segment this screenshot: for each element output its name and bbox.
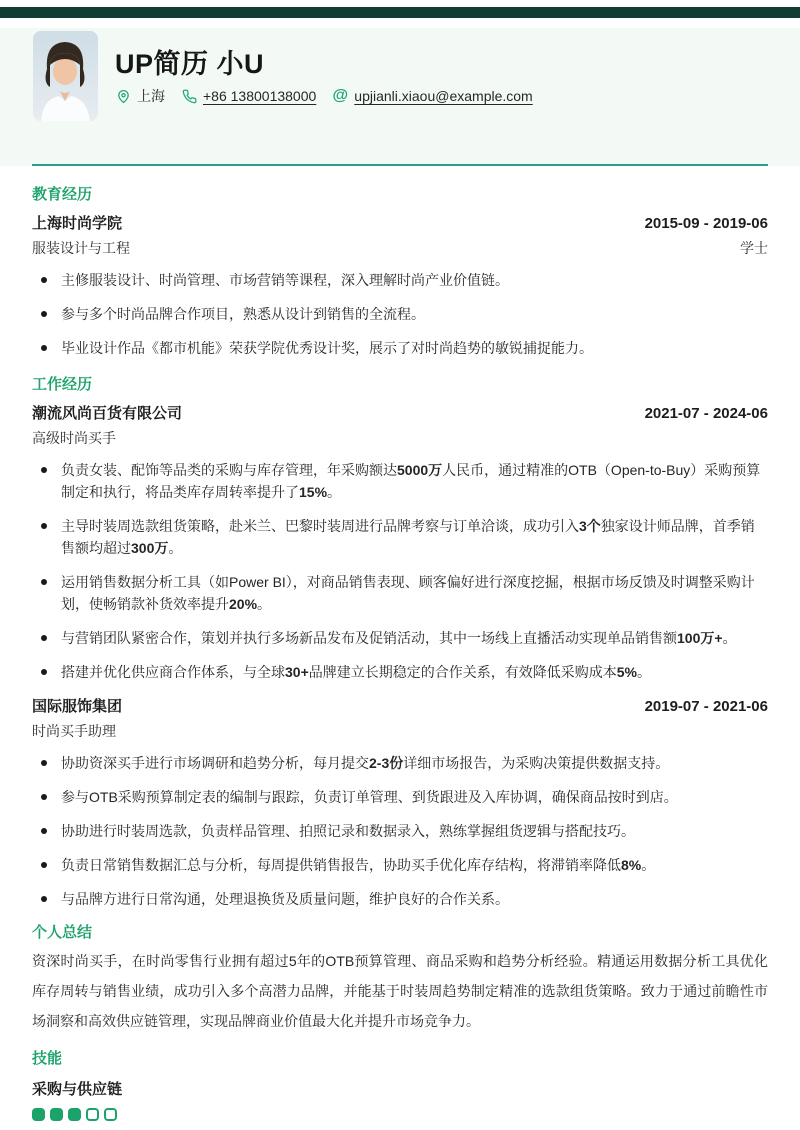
skill-dot-filled	[68, 1108, 81, 1121]
profile-photo	[33, 31, 98, 121]
school-name: 上海时尚学院	[32, 212, 122, 233]
job-entry: 潮流风尚百货有限公司 2021-07 - 2024-06 高级时尚买手 负责女装…	[32, 402, 768, 683]
bullet-item: 协助资深买手进行市场调研和趋势分析，每月提交2-3份详细市场报告，为采购决策提供…	[32, 752, 768, 774]
location-text: 上海	[137, 86, 165, 106]
bullet-text: 协助进行时装周选款，负责样品管理、拍照记录和数据录入，熟练掌握组货逻辑与搭配技巧…	[61, 823, 635, 839]
profile-photo-image	[33, 31, 98, 121]
bullet-item: 负责日常销售数据汇总与分析，每周提供销售报告，协助买手优化库存结构，将滞销率降低…	[32, 854, 768, 876]
summary-text: 资深时尚买手，在时尚零售行业拥有超过5年的OTB预算管理、商品采购和趋势分析经验…	[32, 946, 768, 1036]
bullet-text: 负责女装、配饰等品类的采购与库存管理，年采购额达	[61, 462, 397, 478]
bullet-text-bold: 100万+	[677, 630, 723, 646]
bullet-item: 主修服装设计、时尚管理、市场营销等课程，深入理解时尚产业价值链。	[32, 269, 768, 291]
candidate-name: UP简历 小U	[115, 42, 264, 81]
section-work: 工作经历 潮流风尚百货有限公司 2021-07 - 2024-06 高级时尚买手…	[32, 375, 768, 910]
education-dates: 2015-09 - 2019-06	[645, 215, 768, 232]
section-title-summary: 个人总结	[32, 923, 768, 943]
contact-row: 上海 +86 13800138000 @ upjianli.xiaou@exam…	[115, 86, 533, 106]
section-title-education: 教育经历	[32, 185, 768, 205]
job-role: 时尚买手助理	[32, 721, 116, 741]
resume-body: 教育经历 上海时尚学院 2015-09 - 2019-06 服装设计与工程 学士…	[0, 166, 800, 1121]
at-icon: @	[332, 88, 348, 104]
phone-link[interactable]: +86 13800138000	[203, 88, 316, 104]
bullet-text: 。	[327, 484, 341, 500]
bullet-text: 主修服装设计、时尚管理、市场营销等课程，深入理解时尚产业价值链。	[61, 272, 509, 288]
phone-icon	[181, 88, 197, 104]
skill-dot-empty	[104, 1108, 117, 1121]
bullet-text: 与营销团队紧密合作，策划并执行多场新品发布及促销活动，其中一场线上直播活动实现单…	[61, 630, 677, 646]
bullet-item: 参与多个时尚品牌合作项目，熟悉从设计到销售的全流程。	[32, 303, 768, 325]
bullet-text-bold: 15%	[299, 484, 327, 500]
bullet-item: 主导时装周选款组货策略，赴米兰、巴黎时装周进行品牌考察与订单洽谈，成功引入3个独…	[32, 515, 768, 559]
education-major: 服装设计与工程	[32, 238, 130, 258]
bullet-text: 搭建并优化供应商合作体系，与全球	[61, 664, 285, 680]
bullet-text-bold: 30+	[285, 664, 309, 680]
job-bullets: 负责女装、配饰等品类的采购与库存管理，年采购额达5000万人民币，通过精准的OT…	[32, 459, 768, 683]
job-entry: 国际服饰集团 2019-07 - 2021-06 时尚买手助理 协助资深买手进行…	[32, 695, 768, 910]
bullet-text: 协助资深买手进行市场调研和趋势分析，每月提交	[61, 755, 369, 771]
bullet-item: 与品牌方进行日常沟通，处理退换货及质量问题，维护良好的合作关系。	[32, 888, 768, 910]
location-pin-icon	[115, 88, 131, 104]
bullet-text: 毕业设计作品《都市机能》荣获学院优秀设计奖，展示了对时尚趋势的敏锐捕捉能力。	[61, 340, 593, 356]
job-role: 高级时尚买手	[32, 428, 116, 448]
bullet-text: 详细市场报告，为采购决策提供数据支持。	[403, 755, 669, 771]
job-dates: 2021-07 - 2024-06	[645, 405, 768, 422]
education-sub-row: 服装设计与工程 学士	[32, 238, 768, 258]
bullet-text: 参与多个时尚品牌合作项目，熟悉从设计到销售的全流程。	[61, 306, 425, 322]
location-item: 上海	[115, 86, 165, 106]
email-item: @ upjianli.xiaou@example.com	[332, 88, 532, 104]
bullet-text-bold: 2-3份	[369, 755, 403, 771]
skill-dot-filled	[50, 1108, 63, 1121]
bullet-text: 参与OTB采购预算制定表的编制与跟踪，负责订单管理、到货跟进及入库协调，确保商品…	[61, 789, 678, 805]
job-dates: 2019-07 - 2021-06	[645, 698, 768, 715]
bullet-text: 。	[168, 540, 182, 556]
bullet-text-bold: 3个	[579, 518, 601, 534]
section-skills: 技能 采购与供应链	[32, 1049, 768, 1121]
skill-dot-filled	[32, 1108, 45, 1121]
bullet-text-bold: 5%	[617, 664, 637, 680]
job-header-row: 国际服饰集团 2019-07 - 2021-06	[32, 695, 768, 716]
bullet-item: 负责女装、配饰等品类的采购与库存管理，年采购额达5000万人民币，通过精准的OT…	[32, 459, 768, 503]
bullet-text: 。	[641, 857, 655, 873]
bullet-text: 。	[257, 596, 271, 612]
bullet-text-bold: 300万	[131, 540, 168, 556]
skill-rating	[32, 1108, 768, 1121]
bullet-text: 运用销售数据分析工具（如Power BI），对商品销售表现、顾客偏好进行深度挖掘…	[61, 574, 755, 612]
education-header-row: 上海时尚学院 2015-09 - 2019-06	[32, 212, 768, 233]
bullet-item: 与营销团队紧密合作，策划并执行多场新品发布及促销活动，其中一场线上直播活动实现单…	[32, 627, 768, 649]
phone-item: +86 13800138000	[181, 88, 316, 104]
bullet-item: 搭建并优化供应商合作体系，与全球30+品牌建立长期稳定的合作关系，有效降低采购成…	[32, 661, 768, 683]
section-title-work: 工作经历	[32, 375, 768, 395]
skill-dot-empty	[86, 1108, 99, 1121]
job-header-row: 潮流风尚百货有限公司 2021-07 - 2024-06	[32, 402, 768, 423]
job-role-row: 高级时尚买手	[32, 428, 768, 448]
bullet-text: 主导时装周选款组货策略，赴米兰、巴黎时装周进行品牌考察与订单洽谈，成功引入	[61, 518, 579, 534]
bullet-item: 运用销售数据分析工具（如Power BI），对商品销售表现、顾客偏好进行深度挖掘…	[32, 571, 768, 615]
bullet-text-bold: 5000万	[397, 462, 442, 478]
company-name: 潮流风尚百货有限公司	[32, 402, 182, 423]
resume-page: { "theme": { "accent_green": "#1ca26b", …	[0, 0, 800, 1130]
section-summary: 个人总结 资深时尚买手，在时尚零售行业拥有超过5年的OTB预算管理、商品采购和趋…	[32, 923, 768, 1036]
job-role-row: 时尚买手助理	[32, 721, 768, 741]
skill-name: 采购与供应链	[32, 1078, 768, 1099]
education-degree: 学士	[740, 238, 768, 258]
bullet-text: 与品牌方进行日常沟通，处理退换货及质量问题，维护良好的合作关系。	[61, 891, 509, 907]
bullet-item: 毕业设计作品《都市机能》荣获学院优秀设计奖，展示了对时尚趋势的敏锐捕捉能力。	[32, 337, 768, 359]
email-link[interactable]: upjianli.xiaou@example.com	[354, 88, 532, 104]
bullet-text: 。	[637, 664, 651, 680]
bullet-item: 参与OTB采购预算制定表的编制与跟踪，负责订单管理、到货跟进及入库协调，确保商品…	[32, 786, 768, 808]
education-bullets: 主修服装设计、时尚管理、市场营销等课程，深入理解时尚产业价值链。 参与多个时尚品…	[32, 269, 768, 359]
job-bullets: 协助资深买手进行市场调研和趋势分析，每月提交2-3份详细市场报告，为采购决策提供…	[32, 752, 768, 910]
company-name: 国际服饰集团	[32, 695, 122, 716]
bullet-text-bold: 8%	[621, 857, 641, 873]
top-accent-bar	[0, 7, 800, 18]
bullet-text: 。	[723, 630, 737, 646]
bullet-item: 协助进行时装周选款，负责样品管理、拍照记录和数据录入，熟练掌握组货逻辑与搭配技巧…	[32, 820, 768, 842]
section-title-skills: 技能	[32, 1049, 768, 1069]
section-education: 教育经历 上海时尚学院 2015-09 - 2019-06 服装设计与工程 学士…	[32, 185, 768, 359]
bullet-text-bold: 20%	[229, 596, 257, 612]
bullet-text: 负责日常销售数据汇总与分析，每周提供销售报告，协助买手优化库存结构，将滞销率降低	[61, 857, 621, 873]
bullet-text: 品牌建立长期稳定的合作关系，有效降低采购成本	[309, 664, 617, 680]
